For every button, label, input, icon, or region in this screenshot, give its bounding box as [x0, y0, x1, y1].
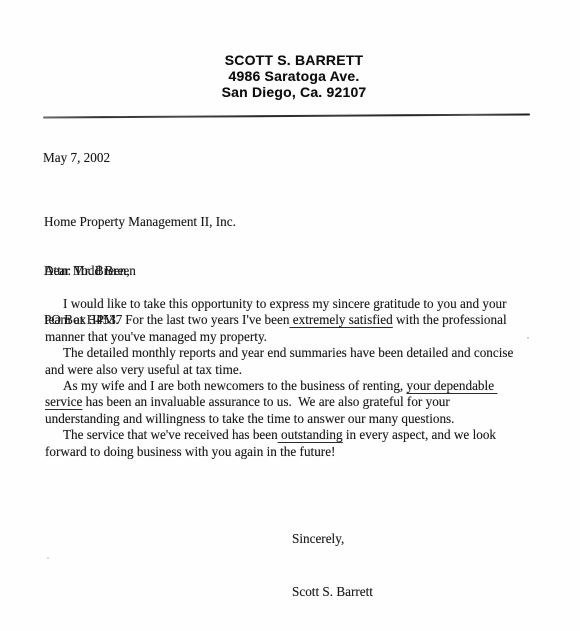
sender-street: 4986 Saratoga Ave.: [8, 68, 580, 84]
body-text: The detailed monthly reports and year en…: [63, 345, 513, 360]
body-line: The service that we've received has been…: [45, 427, 555, 443]
letterhead: SCOTT S. BARRETT 4986 Saratoga Ave. San …: [0, 52, 580, 101]
body-text: understanding and willingness to take th…: [45, 411, 454, 426]
recipient-company: Home Property Management II, Inc.: [44, 214, 236, 230]
body-text: team at HPM. For the last two years I've…: [45, 312, 289, 327]
underlined-text: your dependable: [407, 378, 498, 393]
letter-body: I would like to take this opportunity to…: [45, 296, 555, 460]
body-line: understanding and willingness to take th…: [45, 411, 555, 427]
body-line: I would like to take this opportunity to…: [45, 296, 555, 312]
scan-speck: [47, 557, 49, 559]
letterhead-divider-rule: [43, 114, 530, 119]
body-text: with the professional: [393, 312, 507, 327]
valediction: Sincerely,: [292, 530, 373, 548]
body-text: As my wife and I are both newcomers to t…: [63, 378, 407, 393]
body-text: has been an invaluable assurance to us. …: [82, 394, 449, 409]
scan-speck: [527, 337, 529, 339]
underlined-text: outstanding: [278, 427, 343, 442]
body-text: The service that we've received has been: [63, 427, 278, 442]
salutation: Dear Mr. Breen,: [44, 263, 130, 279]
body-line: manner that you've managed my property.: [45, 329, 555, 345]
body-line: forward to doing business with you again…: [45, 444, 555, 460]
sender-name: SCOTT S. BARRETT: [8, 52, 580, 68]
body-text: in every aspect, and we look: [343, 427, 496, 442]
letter-date: May 7, 2002: [43, 150, 110, 166]
signature-name: Scott S. Barrett: [292, 583, 373, 601]
sender-city: San Diego, Ca. 92107: [8, 84, 580, 100]
body-line: As my wife and I are both newcomers to t…: [45, 378, 555, 394]
body-text: manner that you've managed my property.: [45, 329, 267, 344]
closing-block: Sincerely, Scott S. Barrett: [292, 495, 373, 631]
body-text: I would like to take this opportunity to…: [63, 296, 507, 311]
body-line: service has been an invaluable assurance…: [45, 394, 555, 410]
body-line: and were also very useful at tax time.: [45, 362, 555, 378]
body-text: forward to doing business with you again…: [45, 444, 335, 459]
underlined-text: extremely satisfied: [289, 312, 392, 327]
body-line: The detailed monthly reports and year en…: [45, 345, 555, 361]
body-text: and were also very useful at tax time.: [45, 362, 242, 377]
underlined-text: service: [45, 394, 82, 409]
body-line: team at HPM. For the last two years I've…: [45, 312, 555, 328]
letter-page: SCOTT S. BARRETT 4986 Saratoga Ave. San …: [0, 0, 580, 631]
